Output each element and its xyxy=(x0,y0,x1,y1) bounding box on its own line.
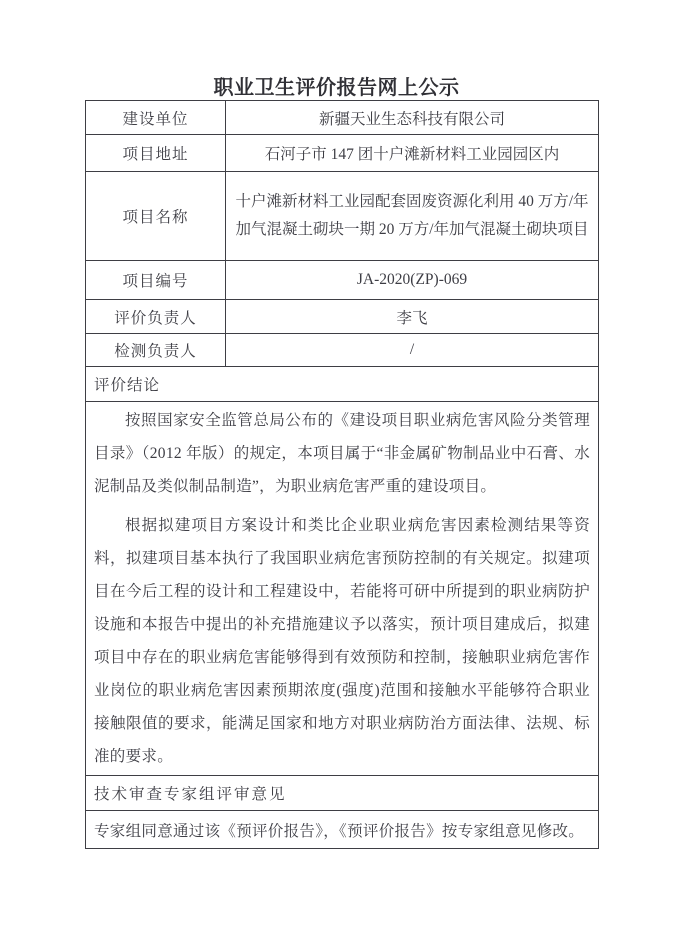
conclusion-paragraph-2: 根据拟建项目方案设计和类比企业职业病危害因素检测结果等资料，拟建项目基本执行了我… xyxy=(94,509,590,773)
row-label-project-number: 项目编号 xyxy=(86,261,226,300)
row-label-project-address: 项目地址 xyxy=(86,135,226,172)
page-title: 职业卫生评价报告网上公示 xyxy=(0,71,673,100)
document-page: 职业卫生评价报告网上公示 建设单位 新疆天业生态科技有限公司 项目地址 石河子市… xyxy=(0,0,673,942)
conclusion-body: 按照国家安全监管总局公布的《建设项目职业病危害风险分类管理目录》（2012 年版… xyxy=(86,402,599,776)
row-value-evaluation-leader: 李飞 xyxy=(226,300,599,334)
conclusion-header: 评价结论 xyxy=(86,367,599,402)
publicity-table: 建设单位 新疆天业生态科技有限公司 项目地址 石河子市 147 团十户滩新材料工… xyxy=(85,100,599,849)
expert-opinion-text: 专家组同意通过该《预评价报告》，《预评价报告》按专家组意见修改。 xyxy=(86,811,599,849)
table-row-expert-header: 技术审查专家组评审意见 xyxy=(86,776,599,811)
table-row-project-number: 项目编号 JA-2020(ZP)-069 xyxy=(86,261,599,300)
table-row-project-address: 项目地址 石河子市 147 团十户滩新材料工业园园区内 xyxy=(86,135,599,172)
table-row-conclusion-body: 按照国家安全监管总局公布的《建设项目职业病危害风险分类管理目录》（2012 年版… xyxy=(86,402,599,776)
row-label-testing-leader: 检测负责人 xyxy=(86,334,226,367)
table-row-project-name: 项目名称 十户滩新材料工业园配套固废资源化利用 40 万方/年加气混凝土砌块一期… xyxy=(86,172,599,261)
expert-review-header: 技术审查专家组评审意见 xyxy=(86,776,599,811)
row-label-construction-unit: 建设单位 xyxy=(86,101,226,135)
table-row-testing-leader: 检测负责人 / xyxy=(86,334,599,367)
table-row-construction-unit: 建设单位 新疆天业生态科技有限公司 xyxy=(86,101,599,135)
row-value-project-number: JA-2020(ZP)-069 xyxy=(226,261,599,300)
row-value-project-address: 石河子市 147 团十户滩新材料工业园园区内 xyxy=(226,135,599,172)
row-value-testing-leader: / xyxy=(226,334,599,367)
table-row-conclusion-header: 评价结论 xyxy=(86,367,599,402)
row-value-construction-unit: 新疆天业生态科技有限公司 xyxy=(226,101,599,135)
table-row-evaluation-leader: 评价负责人 李飞 xyxy=(86,300,599,334)
conclusion-paragraph-1: 按照国家安全监管总局公布的《建设项目职业病危害风险分类管理目录》（2012 年版… xyxy=(94,404,590,503)
table-row-expert-opinion: 专家组同意通过该《预评价报告》，《预评价报告》按专家组意见修改。 xyxy=(86,811,599,849)
row-label-project-name: 项目名称 xyxy=(86,172,226,261)
row-label-evaluation-leader: 评价负责人 xyxy=(86,300,226,334)
row-value-project-name: 十户滩新材料工业园配套固废资源化利用 40 万方/年加气混凝土砌块一期 20 万… xyxy=(226,172,599,261)
